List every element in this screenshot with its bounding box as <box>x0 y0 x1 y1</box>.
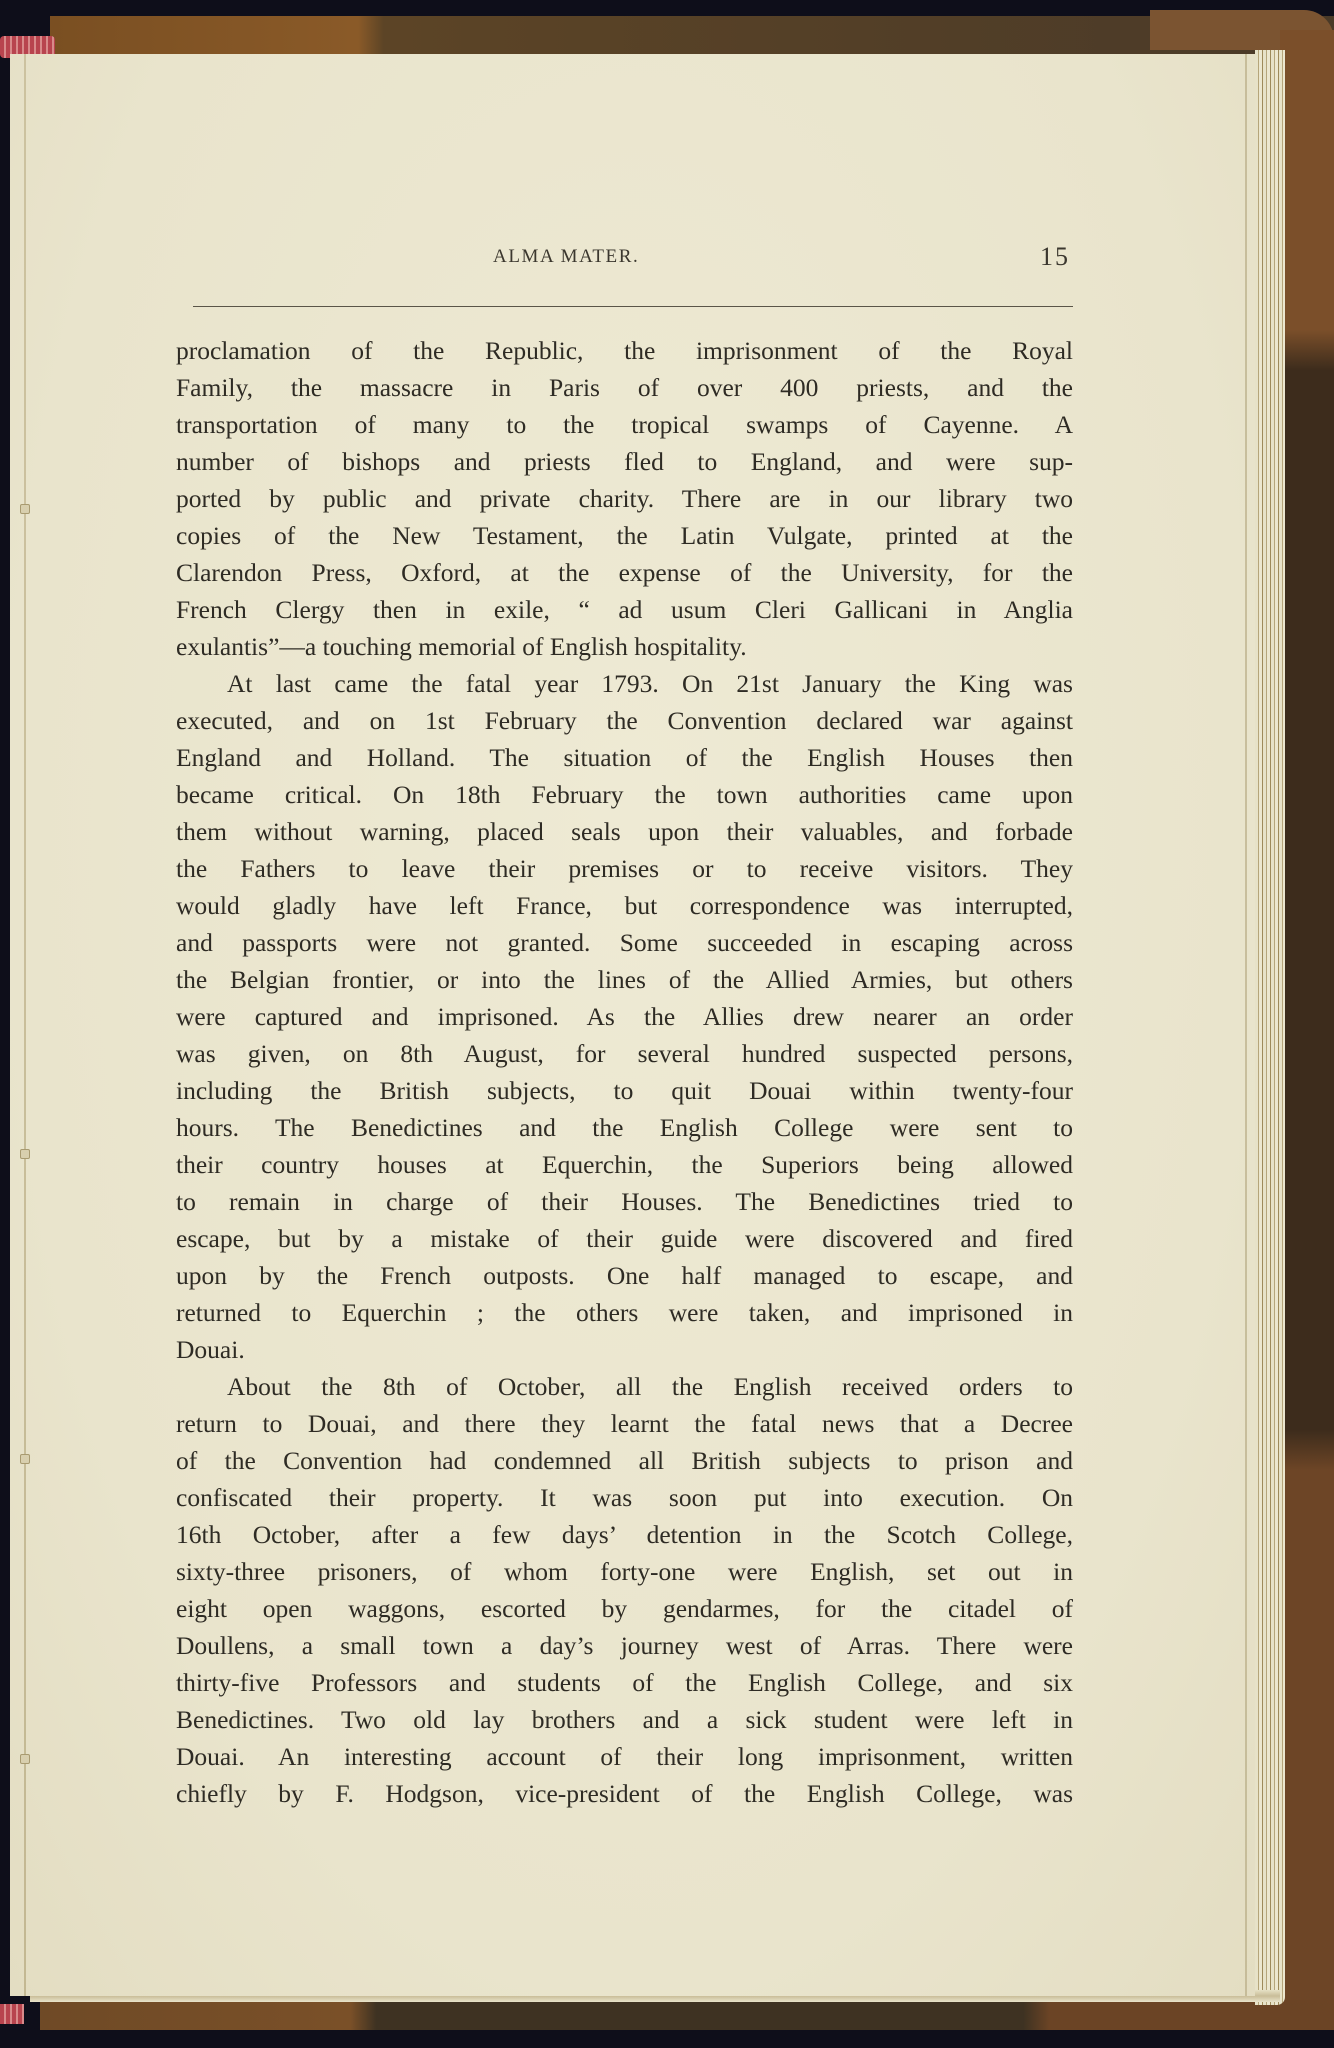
text-line: were captured and imprisoned. As the All… <box>176 998 1073 1035</box>
text-line: At last came the fatal year 1793. On 21s… <box>176 665 1073 702</box>
page-number: 15 <box>1040 242 1070 272</box>
text-line: French Clergy then in exile, “ ad usum C… <box>176 591 1073 628</box>
text-line: escape, but by a mistake of their guide … <box>176 1220 1073 1257</box>
text-line: Benedictines. Two old lay brothers and a… <box>176 1701 1073 1738</box>
gutter-fold-line <box>24 54 26 1996</box>
text-line: the Belgian frontier, or into the lines … <box>176 961 1073 998</box>
headband-bottom <box>0 2004 24 2024</box>
text-line: proclamation of the Republic, the impris… <box>176 332 1073 369</box>
text-line: to remain in charge of their Houses. The… <box>176 1183 1073 1220</box>
book-cover-right-edge <box>1280 30 1334 2030</box>
body-text: proclamation of the Republic, the impris… <box>176 332 1073 1812</box>
text-line: hours. The Benedictines and the English … <box>176 1109 1073 1146</box>
text-line: Family, the massacre in Paris of over 40… <box>176 369 1073 406</box>
binding-stitch <box>20 1754 30 1764</box>
text-line: transportation of many to the tropical s… <box>176 406 1073 443</box>
text-line: thirty-five Professors and students of t… <box>176 1664 1073 1701</box>
text-line: including the British subjects, to quit … <box>176 1072 1073 1109</box>
running-head: ALMA MATER. 15 <box>0 246 1334 276</box>
text-line: the Fathers to leave their premises or t… <box>176 850 1073 887</box>
text-line: copies of the New Testament, the Latin V… <box>176 517 1073 554</box>
text-line: chiefly by F. Hodgson, vice-president of… <box>176 1775 1073 1812</box>
binding-stitch <box>20 1149 30 1159</box>
paragraph-p3: About the 8th of October, all the Englis… <box>176 1368 1073 1812</box>
header-rule <box>193 306 1073 307</box>
text-line: returned to Equerchin ; the others were … <box>176 1294 1073 1331</box>
text-line: of the Convention had condemned all Brit… <box>176 1442 1073 1479</box>
book-cover-top-edge <box>50 16 1334 54</box>
text-line: became critical. On 18th February the to… <box>176 776 1073 813</box>
book-cover-bottom-edge <box>40 2000 1334 2030</box>
text-line: their country houses at Equerchin, the S… <box>176 1146 1073 1183</box>
text-line: was given, on 8th August, for several hu… <box>176 1035 1073 1072</box>
paragraph-p1: proclamation of the Republic, the impris… <box>176 332 1073 665</box>
text-line: confiscated their property. It was soon … <box>176 1479 1073 1516</box>
text-line: eight open waggons, escorted by gendarme… <box>176 1590 1073 1627</box>
text-line: and passports were not granted. Some suc… <box>176 924 1073 961</box>
text-line: About the 8th of October, all the Englis… <box>176 1368 1073 1405</box>
page-edges-stack <box>1255 50 1285 2005</box>
text-line: would gladly have left France, but corre… <box>176 887 1073 924</box>
text-line: Clarendon Press, Oxford, at the expense … <box>176 554 1073 591</box>
text-line: Douai. <box>176 1331 1073 1368</box>
running-title: ALMA MATER. <box>493 246 733 268</box>
text-line: return to Douai, and there they learnt t… <box>176 1405 1073 1442</box>
text-line: ported by public and private charity. Th… <box>176 480 1073 517</box>
text-line: Douai. An interesting account of their l… <box>176 1738 1073 1775</box>
binding-stitch <box>20 504 30 514</box>
paragraph-p2: At last came the fatal year 1793. On 21s… <box>176 665 1073 1368</box>
text-line: number of bishops and priests fled to En… <box>176 443 1073 480</box>
binding-stitch <box>20 1454 30 1464</box>
text-line: Doullens, a small town a day’s journey w… <box>176 1627 1073 1664</box>
text-line: exulantis”—a touching memorial of Englis… <box>176 628 1073 665</box>
text-line: executed, and on 1st February the Conven… <box>176 702 1073 739</box>
text-line: sixty-three prisoners, of whom forty-one… <box>176 1553 1073 1590</box>
text-line: 16th October, after a few days’ detentio… <box>176 1516 1073 1553</box>
page-right-fold <box>1245 54 1247 1996</box>
text-line: England and Holland. The situation of th… <box>176 739 1073 776</box>
text-line: them without warning, placed seals upon … <box>176 813 1073 850</box>
text-line: upon by the French outposts. One half ma… <box>176 1257 1073 1294</box>
